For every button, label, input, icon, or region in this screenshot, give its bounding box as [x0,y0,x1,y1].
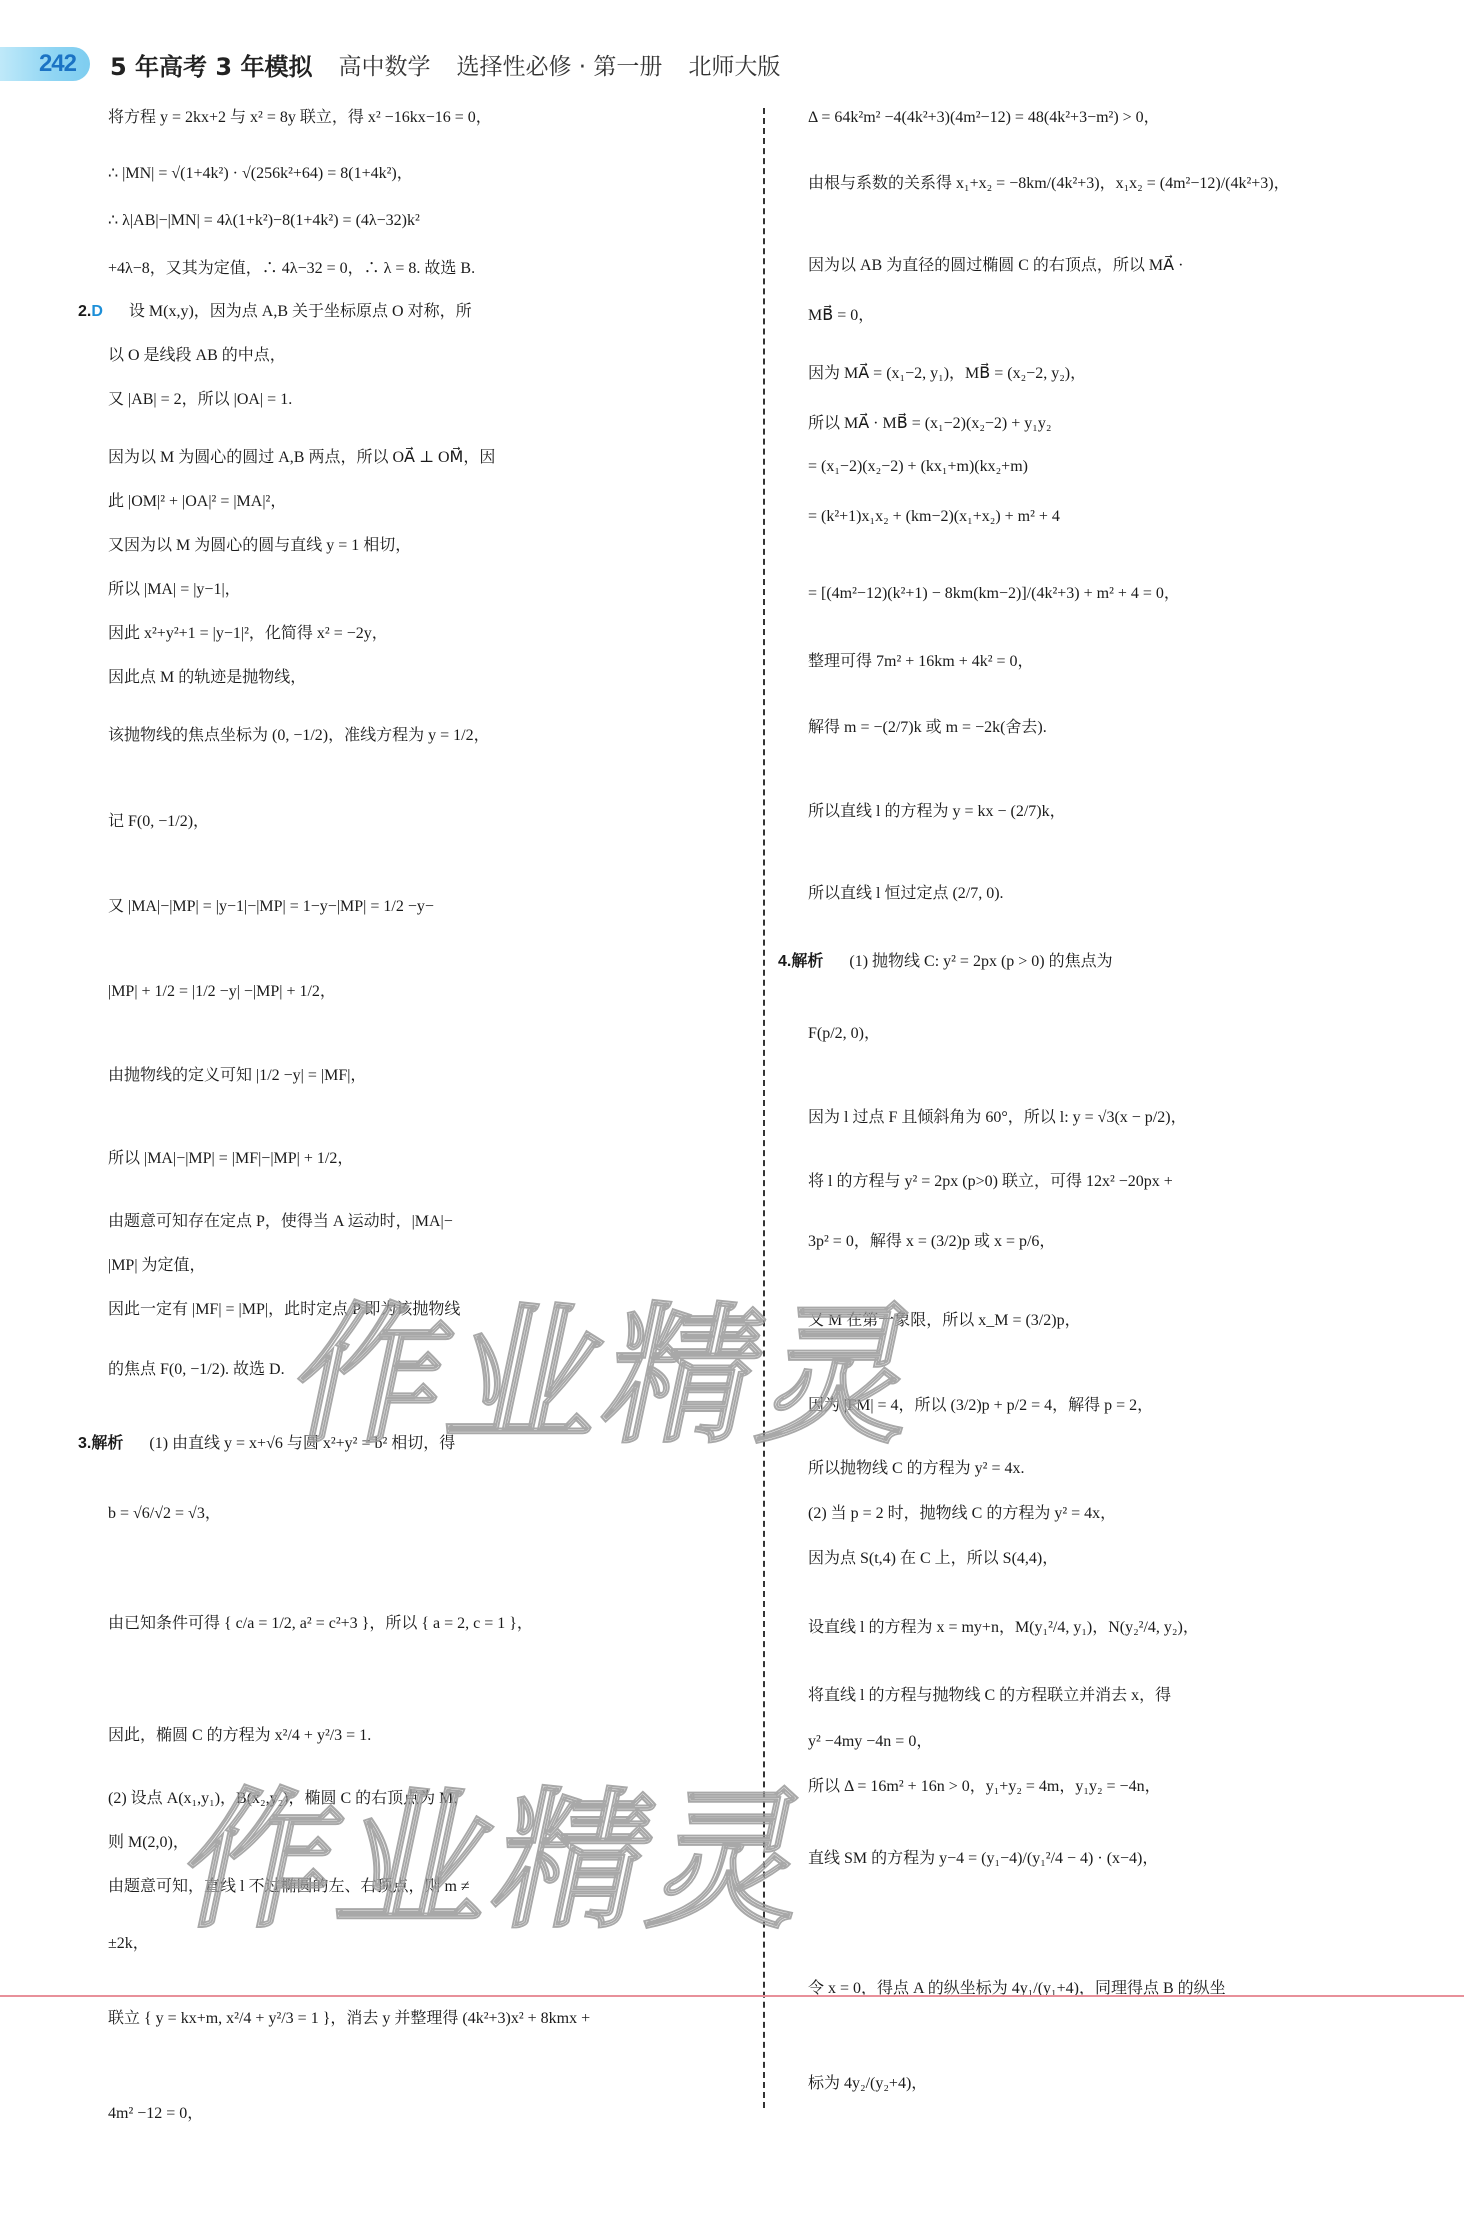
text-line: Δ = 64k²m² −4(4k²+3)(4m²−12) = 48(4k²+3−… [808,104,1160,127]
text-line: 因为 l 过点 F 且倾斜角为 60°，所以 l: y = √3(x − p/2… [808,1104,1187,1127]
text-line: ∴ |MN| = √(1+4k²) · √(256k²+64) = 8(1+4k… [108,160,413,183]
scan-red-line [0,1995,1464,1997]
text-line: +4λ−8，又其为定值，∴ 4λ−32 = 0，∴ λ = 8. 故选 B. [108,255,475,278]
page-number-tab: 242 [0,47,90,81]
text-line: 则 M(2,0)， [108,1829,189,1852]
book-title: 5 年高考 3 年模拟 [110,47,312,82]
text-line: 4m² −12 = 0， [108,2100,203,2123]
text-line: b = √6/√2 = √3， [108,1500,221,1523]
text-line: ∴ λ|AB|−|MN| = 4λ(1+k²)−8(1+4k²) = (4λ−3… [108,210,420,230]
text-line: 将方程 y = 2kx+2 与 x² = 8y 联立，得 x² −16kx−16… [108,104,492,127]
text-line: 因此一定有 |MF| = |MP|，此时定点 P 即为该抛物线 [108,1296,460,1319]
text-line: 联立 { y = kx+m, x²/4 + y²/3 = 1 }，消去 y 并整… [108,2005,590,2028]
text-line: 将直线 l 的方程与抛物线 C 的方程联立并消去 x，得 [808,1682,1171,1705]
text-line: |MP| 为定值， [108,1252,206,1275]
text-line: 由根与系数的关系得 x₁+x₂ = −8km/(4k²+3)，x₁x₂ = (4… [808,170,1290,193]
text-line: 此 |OM|² + |OA|² = |MA|²， [108,488,286,511]
text-line: 因为以 M 为圆心的圆过 A,B 两点，所以 OA⃗ ⊥ OM⃗，因 [108,444,495,467]
text-line: 以 O 是线段 AB 的中点， [108,342,286,365]
subject: 高中数学 [338,48,430,81]
text-line: 将 l 的方程与 y² = 2px (p>0) 联立，可得 12x² −20px… [808,1168,1173,1191]
text-line: (2) 当 p = 2 时，抛物线 C 的方程为 y² = 4x， [808,1500,1116,1523]
text-line: 所以直线 l 恒过定点 (2/7, 0). [808,880,1004,903]
text-line: 所以 Δ = 16m² + 16n > 0，y₁+y₂ = 4m，y₁y₂ = … [808,1773,1161,1796]
text-line: 所以 MA⃗ · MB⃗ = (x₁−2)(x₂−2) + y₁y₂ [808,410,1051,433]
text-line: 该抛物线的焦点坐标为 (0, −1/2)，准线方程为 y = 1/2， [108,722,490,745]
text-line: 因此点 M 的轨迹是抛物线， [108,664,306,687]
text-line: 所以直线 l 的方程为 y = kx − (2/7)k， [808,798,1066,821]
text-line: 因为 |FM| = 4，所以 (3/2)p + p/2 = 4，解得 p = 2… [808,1392,1153,1415]
text-line: 因此，椭圆 C 的方程为 x²/4 + y²/3 = 1. [108,1722,371,1745]
text-line: 又 |MA|−|MP| = |y−1|−|MP| = 1−y−|MP| = 1/… [108,893,434,916]
text-line: |MP| + 1/2 = |1/2 −y| −|MP| + 1/2， [108,978,336,1001]
page-number: 242 [39,50,76,78]
text-line: ±2k， [108,1930,149,1953]
volume: 选择性必修 · 第一册 [456,48,662,81]
text-line: 又因为以 M 为圆心的圆与直线 y = 1 相切， [108,532,411,555]
text-line: 因为以 AB 为直径的圆过椭圆 C 的右顶点，所以 MA⃗ · [808,252,1183,275]
text-line: = (k²+1)x₁x₂ + (km−2)(x₁+x₂) + m² + 4 [808,508,1060,526]
text-line: 整理可得 7m² + 16km + 4k² = 0， [808,648,1034,671]
text-line: = [(4m²−12)(k²+1) − 8km(km−2)]/(4k²+3) +… [808,580,1180,603]
edition: 北师大版 [688,48,780,81]
text-line: MB⃗ = 0， [808,302,874,325]
text-line: 又 M 在第一象限，所以 x_M = (3/2)p， [808,1307,1081,1330]
text-line: 由已知条件可得 { c/a = 1/2, a² = c²+3 }，所以 { a … [108,1610,533,1633]
text-line: 所以 |MA| = |y−1|， [108,576,241,599]
text-line: 由题意可知存在定点 P，使得当 A 运动时，|MA|− [108,1208,453,1231]
text-line: (1) 抛物线 C: y² = 2px (p > 0) 的焦点为 [849,953,1112,970]
text-line: 由题意可知，直线 l 不过椭圆的左、右顶点，则 m ≠ [108,1873,470,1896]
problem-number: 4. [778,953,791,970]
text-line: y² −4my −4n = 0， [808,1728,932,1751]
text-line: (1) 由直线 y = x+√6 与圆 x²+y² = b² 相切，得 [149,1435,455,1452]
text-line: 标为 4y₂/(y₂+4)， [808,2070,927,2093]
text-line: 所以抛物线 C 的方程为 y² = 4x. [808,1455,1025,1478]
text-line: 设直线 l 的方程为 x = my+n，M(y₁²/4, y₁)，N(y₂²/4… [808,1614,1199,1637]
text-line: = (x₁−2)(x₂−2) + (kx₁+m)(kx₂+m) [808,458,1028,476]
text-line: 3p² = 0，解得 x = (3/2)p 或 x = p/6， [808,1228,1055,1251]
text-line: 因为点 S(t,4) 在 C 上，所以 S(4,4)， [808,1545,1058,1568]
text-line: 因此 x²+y²+1 = |y−1|²，化简得 x² = −2y， [108,620,388,643]
analysis-heading: 解析 [791,951,823,970]
problem-number: 2. [78,303,91,320]
problem-number: 3. [78,1435,91,1452]
text-line: 所以 |MA|−|MP| = |MF|−|MP| + 1/2， [108,1145,353,1168]
watermark: 作业精灵 [167,1740,837,1956]
column-divider [763,108,765,2108]
text-line: 解得 m = −(2/7)k 或 m = −2k(舍去). [808,714,1047,737]
text-line: 记 F(0, −1/2)， [108,808,209,831]
text-line: (2) 设点 A(x₁,y₁)，B(x₂,y₂)，椭圆 C 的右顶点为 M， [108,1785,469,1808]
analysis-heading: 解析 [91,1433,123,1452]
text-line: 由抛物线的定义可知 |1/2 −y| = |MF|， [108,1062,366,1085]
text-line: 又 |AB| = 2，所以 |OA| = 1. [108,386,292,409]
text-line: 设 M(x,y)，因为点 A,B 关于坐标原点 O 对称，所 [129,303,472,320]
text-line: 因为 MA⃗ = (x₁−2, y₁)，MB⃗ = (x₂−2, y₂)， [808,360,1086,383]
text-line: F(p/2, 0)， [808,1020,880,1043]
text-line: 的焦点 F(0, −1/2). 故选 D. [108,1356,285,1379]
text-line: 直线 SM 的方程为 y−4 = (y₁−4)/(y₁²/4 − 4) · (x… [808,1845,1158,1868]
page-header: 242 5 年高考 3 年模拟 高中数学 选择性必修 · 第一册 北师大版 [0,44,900,84]
answer-badge: D [91,303,103,320]
